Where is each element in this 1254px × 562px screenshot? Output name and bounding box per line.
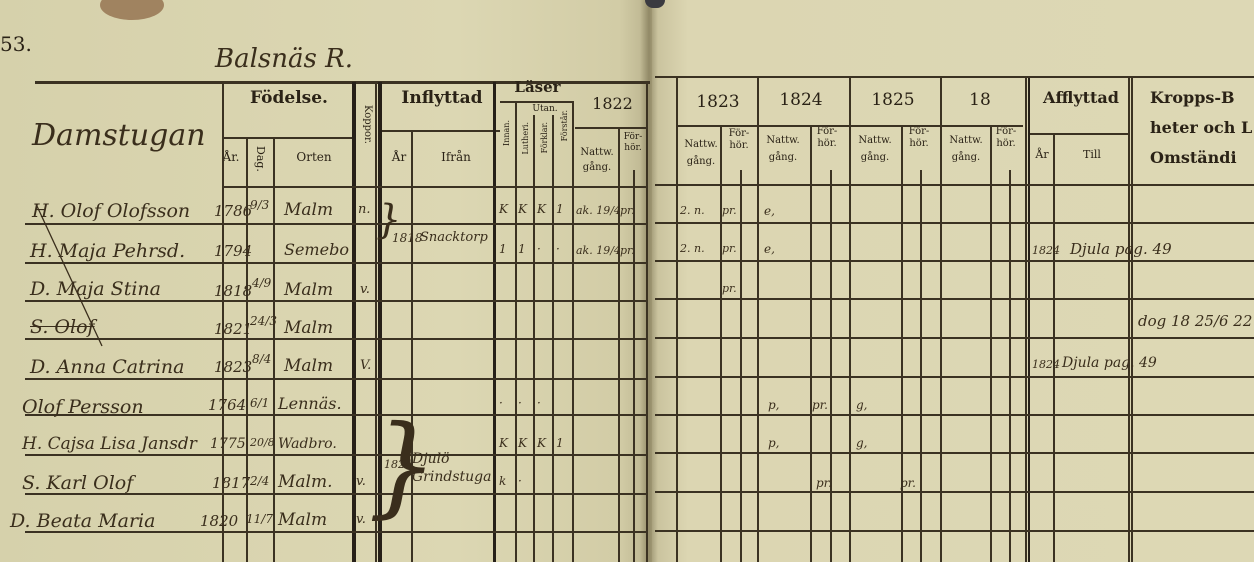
col-line	[273, 137, 275, 562]
row-rule	[655, 376, 1254, 378]
col-line	[830, 170, 832, 562]
afflyttad-till: Djula pag. 49	[1070, 240, 1172, 258]
forhor-1823: pr.	[722, 204, 737, 217]
birth-place: Malm	[278, 510, 327, 530]
row-rule	[25, 262, 647, 264]
birth-place: Malm	[284, 356, 333, 376]
page-number: 53.	[0, 32, 32, 56]
laser-forklar: ·	[537, 396, 541, 410]
right-page	[652, 0, 1254, 562]
nattw-1823: 2. n.	[680, 242, 705, 255]
book-spine	[640, 0, 658, 562]
birth-year: 1823	[214, 358, 252, 376]
header-koppor: Koppor.	[362, 105, 373, 144]
rule	[678, 125, 1023, 127]
header-1823-nattw: Nattw.gång.	[678, 136, 724, 170]
header-kropps-3: Omständi	[1150, 148, 1254, 167]
laser-innan: ·	[499, 396, 503, 410]
birth-place: Malm	[284, 280, 333, 300]
col-line	[720, 125, 722, 562]
birth-place: Malm	[284, 200, 333, 220]
laser-forklar: ·	[537, 242, 541, 256]
birth-place: Malm.	[278, 472, 333, 492]
header-year-blank: 18	[940, 90, 1020, 110]
header-1824-nattw: Nattw.gång.	[758, 132, 808, 166]
forstar: 1	[556, 202, 564, 216]
laser-innan: 1	[499, 242, 507, 256]
afflyttad-year: 1824	[1032, 244, 1060, 257]
row-rule	[25, 338, 647, 340]
person-name: Olof Persson	[22, 396, 144, 418]
rule	[1030, 133, 1128, 135]
koppor: v.	[356, 474, 366, 489]
nattw-1825: g,	[856, 398, 868, 412]
row-rule	[655, 452, 1254, 454]
birth-day: 2/4	[250, 474, 269, 488]
header-1825-nattw: Nattw.gång.	[850, 132, 900, 166]
afflyttad-till: Djula pag. 49	[1062, 355, 1157, 371]
col-line	[1009, 170, 1011, 562]
koppor: n.	[358, 202, 371, 217]
header-kropps-1: Kropps-B	[1150, 88, 1254, 107]
header-laser-lutheri: Lutheri.	[521, 122, 530, 155]
forhor-1822: pr.	[620, 204, 635, 217]
col-line	[633, 170, 635, 562]
birth-day: 8/4	[252, 352, 271, 366]
inflyttad-year: 1818	[392, 231, 423, 245]
birth-year: 1775	[210, 436, 246, 452]
col-line-thick	[352, 82, 356, 562]
header-laser: Läser	[500, 78, 575, 96]
laser-lutheri: 1	[518, 242, 526, 256]
header-1822-nattw: Nattw.gång.	[574, 145, 620, 175]
nattw-1824: e,	[764, 204, 775, 218]
row-rule	[655, 491, 1254, 493]
row-rule	[25, 378, 647, 380]
birth-place: Lennäs.	[278, 394, 342, 413]
col-line	[1131, 78, 1133, 562]
nattw-label: Nattw.	[766, 135, 799, 146]
person-name: S. Karl Olof	[22, 472, 133, 494]
birth-day: 24/3	[250, 314, 277, 328]
row-rule	[655, 337, 1254, 339]
nattw-1825: g,	[856, 436, 868, 450]
koppor: V.	[360, 358, 371, 373]
laser-lutheri: ·	[518, 396, 522, 410]
nattw-label: Nattw.	[580, 147, 613, 158]
nattw-label: Nattw.	[949, 135, 982, 146]
birth-day: 11/7	[246, 512, 273, 526]
laser-lutheri: ·	[518, 474, 522, 488]
header-afflyttad-till: Till	[1056, 148, 1128, 161]
header-1824-forhor: För-hör.	[810, 126, 844, 150]
col-line	[940, 78, 942, 562]
birth-day: 20/8	[250, 436, 275, 449]
header-inflyttad: Inflyttad	[382, 88, 502, 108]
birth-year: 1820	[200, 512, 238, 530]
koppor: v.	[356, 512, 366, 527]
header-year-1823: 1823	[680, 92, 756, 112]
farm-name: Damstugan	[32, 118, 206, 153]
row-rule	[25, 223, 647, 225]
col-line	[901, 125, 903, 562]
header-inflyttad-ifran: Ifrån	[418, 150, 494, 164]
nattw-1822: ak. 19/4	[576, 244, 621, 257]
row-rule	[25, 454, 647, 456]
birth-year: 1821	[214, 320, 252, 338]
col-line	[757, 78, 759, 562]
forstar: ·	[556, 242, 560, 256]
laser-forklar: K	[537, 202, 546, 216]
header-year-1824: 1824	[756, 90, 846, 110]
birth-day: 6/1	[250, 396, 269, 410]
header-fodelse: Födelse.	[224, 88, 354, 108]
forstar: 1	[556, 436, 564, 450]
birth-place: Malm	[284, 318, 333, 338]
header-top-rule-right	[655, 76, 1254, 78]
village-name: Balsnäs R.	[215, 44, 353, 74]
row-rule	[655, 222, 1254, 224]
header-year-1822: 1822	[575, 94, 650, 113]
col-line	[740, 170, 742, 562]
birth-day: 9/3	[250, 198, 269, 212]
header-blank-nattw: Nattw.gång.	[942, 132, 990, 166]
person-name: H. Cajsa Lisa Jansdr	[22, 434, 197, 454]
birth-place: Wadbro.	[278, 436, 337, 452]
birth-place: Semebo	[284, 240, 349, 259]
forhor-1823: pr.	[722, 282, 737, 295]
birth-day: 4/9	[252, 276, 271, 290]
header-laser-innan: Innan.	[502, 120, 511, 146]
laser-innan: K	[499, 202, 508, 216]
nattw-1824: p,	[768, 436, 780, 450]
nattw-1824: p,	[768, 398, 780, 412]
laser-forklar: K	[537, 436, 546, 450]
nattw-1822: ak. 19/4	[576, 204, 621, 217]
col-line	[920, 170, 922, 562]
forhor-1824: pr.	[812, 398, 828, 412]
birth-year: 1818	[214, 282, 252, 300]
nattw-1824: e,	[764, 242, 775, 256]
row-rule	[655, 260, 1254, 262]
gang-label: gång.	[769, 152, 797, 163]
header-1822-forhor: För-hör.	[620, 132, 646, 154]
laser-lutheri: K	[518, 202, 527, 216]
header-fodelse-dag: Dag.	[254, 146, 267, 172]
forhor-1822: pr.	[620, 244, 635, 257]
notes: dog 18 25/6 22	[1138, 312, 1252, 330]
col-line	[676, 78, 678, 562]
header-fodelse-orten: Orten	[276, 150, 352, 164]
forhor-1825: pr.	[900, 476, 916, 490]
header-forstar: Förstår.	[560, 110, 569, 141]
header-blank-forhor: För-hör.	[990, 126, 1022, 150]
header-kropps-2: heter och L	[1150, 118, 1254, 137]
gang-label: gång.	[583, 162, 611, 173]
rule	[500, 101, 574, 103]
birth-year: 1817	[212, 474, 250, 492]
laser-innan: K	[499, 436, 508, 450]
inflyttad-year: 1824	[384, 458, 412, 471]
row-rule	[25, 300, 647, 302]
nattw-1823: 2. n.	[680, 204, 705, 217]
gang-label: gång.	[861, 152, 889, 163]
col-line	[246, 137, 248, 562]
col-line	[1128, 78, 1130, 562]
header-afflyttad: Afflyttad	[1032, 88, 1130, 107]
koppor: v.	[360, 282, 370, 297]
birth-year: 1794	[214, 242, 252, 260]
rule	[224, 137, 352, 139]
header-1823-forhor: För-hör.	[724, 128, 754, 152]
gang-label: gång.	[687, 156, 715, 167]
forhor-1824: pr.	[816, 476, 832, 490]
col-line	[990, 125, 992, 562]
col-line	[849, 78, 851, 562]
birth-year: 1764	[208, 396, 246, 414]
inflyttad-from: Snacktorp	[420, 230, 488, 245]
col-line	[1025, 78, 1027, 562]
header-afflyttad-ar: År	[1030, 148, 1054, 161]
header-laser-forklar: Förklar.	[540, 122, 549, 153]
row-rule	[655, 414, 1254, 416]
afflyttad-year: 1824	[1032, 358, 1060, 371]
row-rule	[655, 184, 1254, 186]
strike-line	[30, 200, 110, 350]
person-name: D. Beata Maria	[10, 510, 155, 532]
row-rule	[222, 186, 647, 188]
col-line	[1053, 133, 1055, 562]
row-rule	[655, 530, 1254, 532]
forhor-1823: pr.	[722, 242, 737, 255]
person-name: D. Anna Catrina	[30, 356, 184, 378]
laser-lutheri: K	[518, 436, 527, 450]
nattw-label: Nattw.	[858, 135, 891, 146]
nattw-label: Nattw.	[684, 139, 717, 150]
birth-year: 1786	[214, 202, 252, 220]
laser-innan: k	[499, 474, 506, 488]
rule	[575, 127, 647, 129]
header-fodelse-ar: År.	[216, 150, 246, 164]
row-rule	[655, 298, 1254, 300]
col-line-thick	[493, 82, 496, 562]
inflyttad-from: Djulö Grindstuga	[412, 450, 492, 486]
col-line	[618, 127, 620, 562]
col-line	[810, 125, 812, 562]
col-line-thick	[1028, 78, 1030, 562]
col-line	[646, 82, 648, 562]
header-1825-forhor: För-hör.	[902, 126, 936, 150]
gang-label: gång.	[952, 152, 980, 163]
header-year-1825: 1825	[848, 90, 938, 110]
rule	[382, 130, 500, 132]
